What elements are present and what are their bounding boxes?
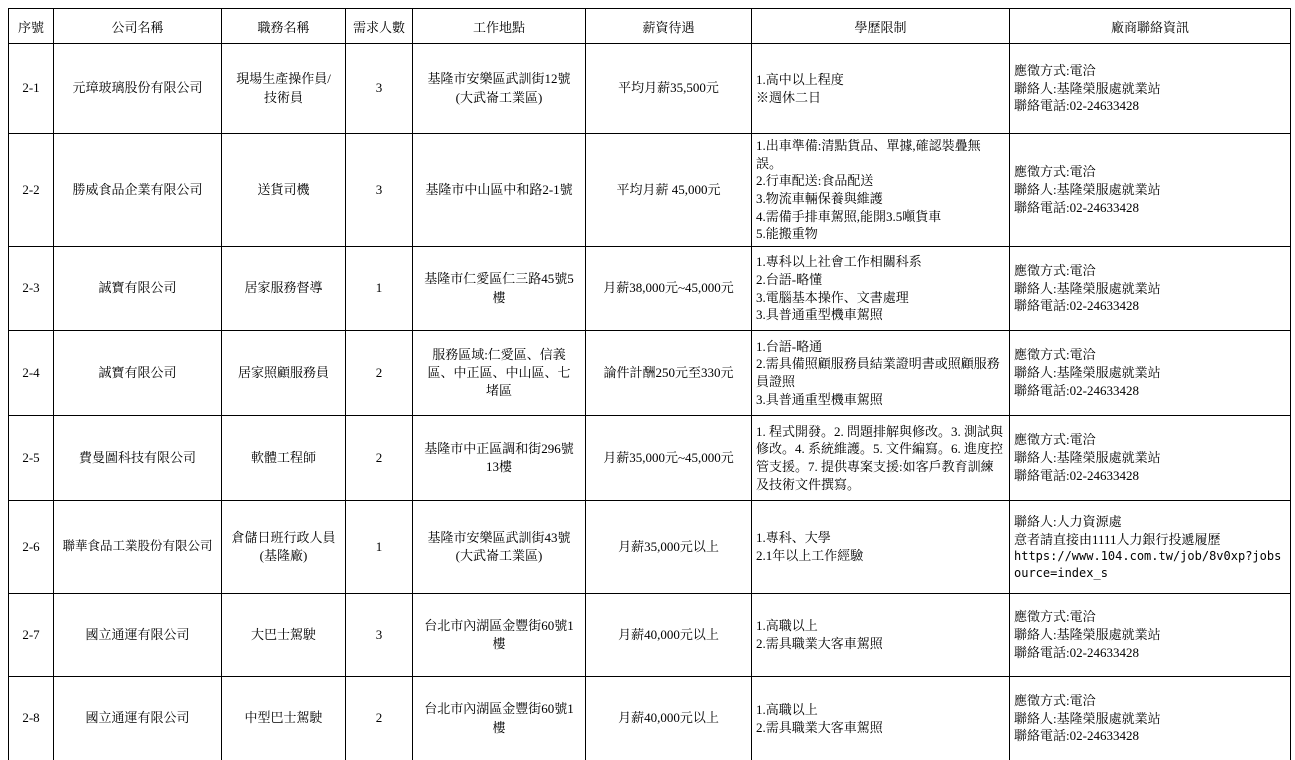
cell-serial: 2-5 <box>9 416 54 501</box>
cell-serial: 2-7 <box>9 594 54 677</box>
table-row: 2-2 勝威食品企業有限公司 送貨司機 3 基隆市中山區中和路2-1號 平均月薪… <box>9 134 1291 247</box>
cell-salary: 月薪35,000元以上 <box>586 501 752 594</box>
cell-openings: 3 <box>346 44 413 134</box>
cell-location: 服務區域:仁愛區、信義 區、中正區、中山區、七 堵區 <box>413 331 586 416</box>
cell-contact: 應徵方式:電洽 聯絡人:基隆榮服處就業站 聯絡電話:02-24633428 <box>1010 331 1291 416</box>
cell-salary: 月薪38,000元~45,000元 <box>586 247 752 331</box>
header-row: 序號 公司名稱 職務名稱 需求人數 工作地點 薪資待遇 學歷限制 廠商聯絡資訊 <box>9 9 1291 44</box>
table-row: 2-4 誠寶有限公司 居家照顧服務員 2 服務區域:仁愛區、信義 區、中正區、中… <box>9 331 1291 416</box>
cell-requirements: 1.高職以上 2.需具職業大客車駕照 <box>752 594 1010 677</box>
cell-contact: 應徵方式:電洽 聯絡人:基隆榮服處就業站 聯絡電話:02-24633428 <box>1010 594 1291 677</box>
cell-company: 聯華食品工業股份有限公司 <box>54 501 222 594</box>
cell-location: 台北市內湖區金豐街60號1 樓 <box>413 677 586 760</box>
table-row: 2-8 國立通運有限公司 中型巴士駕駛 2 台北市內湖區金豐街60號1 樓 月薪… <box>9 677 1291 760</box>
cell-company: 費曼圖科技有限公司 <box>54 416 222 501</box>
job-listings-table: 序號 公司名稱 職務名稱 需求人數 工作地點 薪資待遇 學歷限制 廠商聯絡資訊 … <box>8 8 1291 760</box>
cell-requirements: 1.高中以上程度 ※週休二日 <box>752 44 1010 134</box>
header-job-title: 職務名稱 <box>222 9 346 44</box>
cell-company: 誠寶有限公司 <box>54 247 222 331</box>
header-company: 公司名稱 <box>54 9 222 44</box>
cell-salary: 月薪40,000元以上 <box>586 677 752 760</box>
cell-contact: 應徵方式:電洽 聯絡人:基隆榮服處就業站 聯絡電話:02-24633428 <box>1010 677 1291 760</box>
table-row: 2-7 國立通運有限公司 大巴士駕駛 3 台北市內湖區金豐街60號1 樓 月薪4… <box>9 594 1291 677</box>
header-openings: 需求人數 <box>346 9 413 44</box>
cell-openings: 2 <box>346 331 413 416</box>
cell-openings: 1 <box>346 501 413 594</box>
job-url-text: https://www.104.com.tw/job/8v0xp?jobsour… <box>1014 548 1286 581</box>
table-row: 2-5 費曼圖科技有限公司 軟體工程師 2 基隆市中正區調和街296號 13樓 … <box>9 416 1291 501</box>
cell-contact: 應徵方式:電洽 聯絡人:基隆榮服處就業站 聯絡電話:02-24633428 <box>1010 247 1291 331</box>
cell-job-title: 送貨司機 <box>222 134 346 247</box>
cell-requirements: 1. 程式開發。2. 問題排解與修改。3. 測試與修改。4. 系統維護。5. 文… <box>752 416 1010 501</box>
cell-openings: 2 <box>346 677 413 760</box>
cell-serial: 2-1 <box>9 44 54 134</box>
cell-salary: 論件計酬250元至330元 <box>586 331 752 416</box>
cell-job-title: 現場生產操作員/ 技術員 <box>222 44 346 134</box>
cell-salary: 平均月薪35,500元 <box>586 44 752 134</box>
cell-location: 台北市內湖區金豐街60號1 樓 <box>413 594 586 677</box>
cell-company: 勝威食品企業有限公司 <box>54 134 222 247</box>
cell-job-title: 倉儲日班行政人員 (基隆廠) <box>222 501 346 594</box>
cell-location: 基隆市中山區中和路2-1號 <box>413 134 586 247</box>
cell-serial: 2-3 <box>9 247 54 331</box>
cell-requirements: 1.出車準備:清點貨品、單據,確認裝疊無誤。 2.行車配送:食品配送 3.物流車… <box>752 134 1010 247</box>
cell-requirements: 1.專科、大學 2.1年以上工作經驗 <box>752 501 1010 594</box>
cell-openings: 3 <box>346 594 413 677</box>
header-education-requirements: 學歷限制 <box>752 9 1010 44</box>
header-location: 工作地點 <box>413 9 586 44</box>
cell-openings: 3 <box>346 134 413 247</box>
header-serial: 序號 <box>9 9 54 44</box>
cell-serial: 2-2 <box>9 134 54 247</box>
cell-job-title: 軟體工程師 <box>222 416 346 501</box>
table-row: 2-3 誠寶有限公司 居家服務督導 1 基隆市仁愛區仁三路45號5 樓 月薪38… <box>9 247 1291 331</box>
cell-requirements: 1.台語-略通 2.需具備照顧服務員結業證明書或照顧服務員證照 3.具普通重型機… <box>752 331 1010 416</box>
cell-requirements: 1.專科以上社會工作相關科系 2.台語-略懂 3.電腦基本操作、文書處理 3.具… <box>752 247 1010 331</box>
table-row: 2-1 元璋玻璃股份有限公司 現場生產操作員/ 技術員 3 基隆市安樂區武訓街1… <box>9 44 1291 134</box>
cell-salary: 月薪35,000元~45,000元 <box>586 416 752 501</box>
cell-serial: 2-4 <box>9 331 54 416</box>
cell-contact: 應徵方式:電洽 聯絡人:基隆榮服處就業站 聯絡電話:02-24633428 <box>1010 134 1291 247</box>
cell-contact: 應徵方式:電洽 聯絡人:基隆榮服處就業站 聯絡電話:02-24633428 <box>1010 416 1291 501</box>
cell-location: 基隆市安樂區武訓街43號 (大武崙工業區) <box>413 501 586 594</box>
cell-job-title: 中型巴士駕駛 <box>222 677 346 760</box>
cell-serial: 2-6 <box>9 501 54 594</box>
header-vendor-contact: 廠商聯絡資訊 <box>1010 9 1291 44</box>
cell-location: 基隆市中正區調和街296號 13樓 <box>413 416 586 501</box>
cell-job-title: 居家服務督導 <box>222 247 346 331</box>
document-page: 序號 公司名稱 職務名稱 需求人數 工作地點 薪資待遇 學歷限制 廠商聯絡資訊 … <box>0 0 1295 760</box>
cell-salary: 月薪40,000元以上 <box>586 594 752 677</box>
cell-openings: 1 <box>346 247 413 331</box>
cell-company: 國立通運有限公司 <box>54 594 222 677</box>
cell-location: 基隆市安樂區武訓街12號 (大武崙工業區) <box>413 44 586 134</box>
cell-job-title: 居家照顧服務員 <box>222 331 346 416</box>
header-salary: 薪資待遇 <box>586 9 752 44</box>
cell-company: 誠寶有限公司 <box>54 331 222 416</box>
cell-company: 元璋玻璃股份有限公司 <box>54 44 222 134</box>
cell-openings: 2 <box>346 416 413 501</box>
table-row: 2-6 聯華食品工業股份有限公司 倉儲日班行政人員 (基隆廠) 1 基隆市安樂區… <box>9 501 1291 594</box>
cell-location: 基隆市仁愛區仁三路45號5 樓 <box>413 247 586 331</box>
cell-contact: 應徵方式:電洽 聯絡人:基隆榮服處就業站 聯絡電話:02-24633428 <box>1010 44 1291 134</box>
cell-serial: 2-8 <box>9 677 54 760</box>
cell-salary: 平均月薪 45,000元 <box>586 134 752 247</box>
cell-company: 國立通運有限公司 <box>54 677 222 760</box>
cell-requirements: 1.高職以上 2.需具職業大客車駕照 <box>752 677 1010 760</box>
cell-job-title: 大巴士駕駛 <box>222 594 346 677</box>
cell-contact: 聯絡人:人力資源處 意者請直接由1111人力銀行投遞履歷 https://www… <box>1010 501 1291 594</box>
